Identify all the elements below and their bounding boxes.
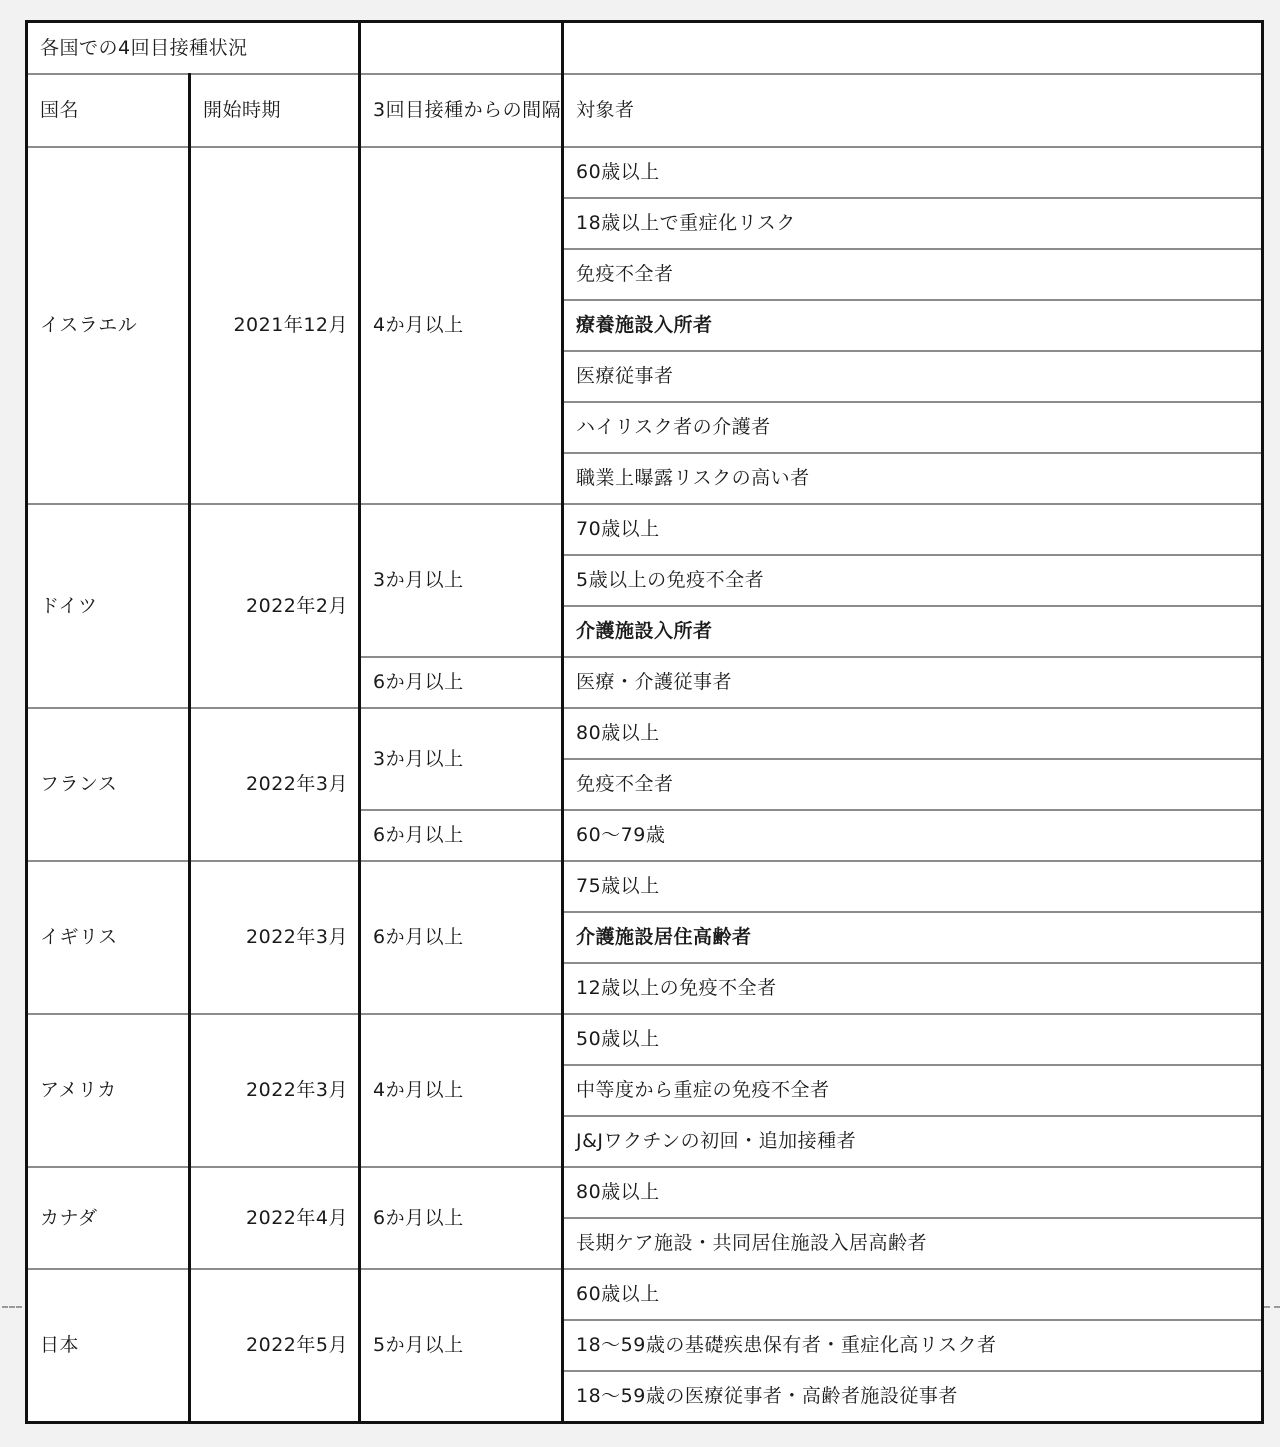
target-group: 職業上曝露リスクの高い者 [563, 453, 1263, 504]
target-group: 長期ケア施設・共同居住施設入居高齢者 [563, 1218, 1263, 1269]
table-row: イギリス2022年3月6か月以上75歳以上 [27, 861, 1263, 912]
page-break-marker-left [2, 1306, 22, 1308]
start-date: 2022年5月 [190, 1269, 360, 1423]
empty-cell [360, 22, 563, 75]
target-group: 療養施設入所者 [563, 300, 1263, 351]
header-interval: 3回目接種からの間隔 [360, 74, 563, 147]
table-row: 日本2022年5月5か月以上60歳以上 [27, 1269, 1263, 1320]
header-target: 対象者 [563, 74, 1263, 147]
interval: 6か月以上 [360, 657, 563, 708]
table-row: イスラエル2021年12月4か月以上60歳以上 [27, 147, 1263, 198]
target-group: 18～59歳の基礎疾患保有者・重症化高リスク者 [563, 1320, 1263, 1371]
interval: 5か月以上 [360, 1269, 563, 1423]
target-group: 医療・介護従事者 [563, 657, 1263, 708]
target-group: 80歳以上 [563, 1167, 1263, 1218]
interval: 4か月以上 [360, 1014, 563, 1167]
interval: 4か月以上 [360, 147, 563, 504]
title-row: 各国での4回目接種状況 [27, 22, 1263, 75]
interval: 6か月以上 [360, 1167, 563, 1269]
target-group: 50歳以上 [563, 1014, 1263, 1065]
start-date: 2022年3月 [190, 708, 360, 861]
target-group: 医療従事者 [563, 351, 1263, 402]
target-group: 18～59歳の医療従事者・高齢者施設従事者 [563, 1371, 1263, 1423]
target-group: 免疫不全者 [563, 249, 1263, 300]
target-group: 介護施設入所者 [563, 606, 1263, 657]
start-date: 2021年12月 [190, 147, 360, 504]
country-name: フランス [27, 708, 190, 861]
target-group: 18歳以上で重症化リスク [563, 198, 1263, 249]
table-body: 各国での4回目接種状況 国名 開始時期 3回目接種からの間隔 対象者 イスラエル… [27, 22, 1263, 1423]
header-country: 国名 [27, 74, 190, 147]
country-name: 日本 [27, 1269, 190, 1423]
start-date: 2022年3月 [190, 1014, 360, 1167]
target-group: 80歳以上 [563, 708, 1263, 759]
header-start: 開始時期 [190, 74, 360, 147]
table-title: 各国での4回目接種状況 [27, 22, 360, 75]
country-name: イギリス [27, 861, 190, 1014]
country-name: ドイツ [27, 504, 190, 708]
target-group: 60～79歳 [563, 810, 1263, 861]
target-group: 60歳以上 [563, 147, 1263, 198]
page-break-marker-right [1264, 1306, 1280, 1308]
header-row: 国名 開始時期 3回目接種からの間隔 対象者 [27, 74, 1263, 147]
target-group: J&Jワクチンの初回・追加接種者 [563, 1116, 1263, 1167]
target-group: 免疫不全者 [563, 759, 1263, 810]
interval: 6か月以上 [360, 861, 563, 1014]
target-group: 70歳以上 [563, 504, 1263, 555]
country-name: アメリカ [27, 1014, 190, 1167]
start-date: 2022年3月 [190, 861, 360, 1014]
interval: 3か月以上 [360, 708, 563, 810]
target-group: 75歳以上 [563, 861, 1263, 912]
target-group: 60歳以上 [563, 1269, 1263, 1320]
target-group: ハイリスク者の介護者 [563, 402, 1263, 453]
interval: 6か月以上 [360, 810, 563, 861]
vaccination-table: 各国での4回目接種状況 国名 開始時期 3回目接種からの間隔 対象者 イスラエル… [25, 20, 1264, 1424]
start-date: 2022年4月 [190, 1167, 360, 1269]
table-row: アメリカ2022年3月4か月以上50歳以上 [27, 1014, 1263, 1065]
target-group: 5歳以上の免疫不全者 [563, 555, 1263, 606]
target-group: 中等度から重症の免疫不全者 [563, 1065, 1263, 1116]
empty-cell [563, 22, 1263, 75]
interval: 3か月以上 [360, 504, 563, 657]
target-group: 12歳以上の免疫不全者 [563, 963, 1263, 1014]
start-date: 2022年2月 [190, 504, 360, 708]
table-row: ドイツ2022年2月3か月以上70歳以上 [27, 504, 1263, 555]
table-row: カナダ2022年4月6か月以上80歳以上 [27, 1167, 1263, 1218]
country-name: イスラエル [27, 147, 190, 504]
table-row: フランス2022年3月3か月以上80歳以上 [27, 708, 1263, 759]
country-name: カナダ [27, 1167, 190, 1269]
target-group: 介護施設居住高齢者 [563, 912, 1263, 963]
